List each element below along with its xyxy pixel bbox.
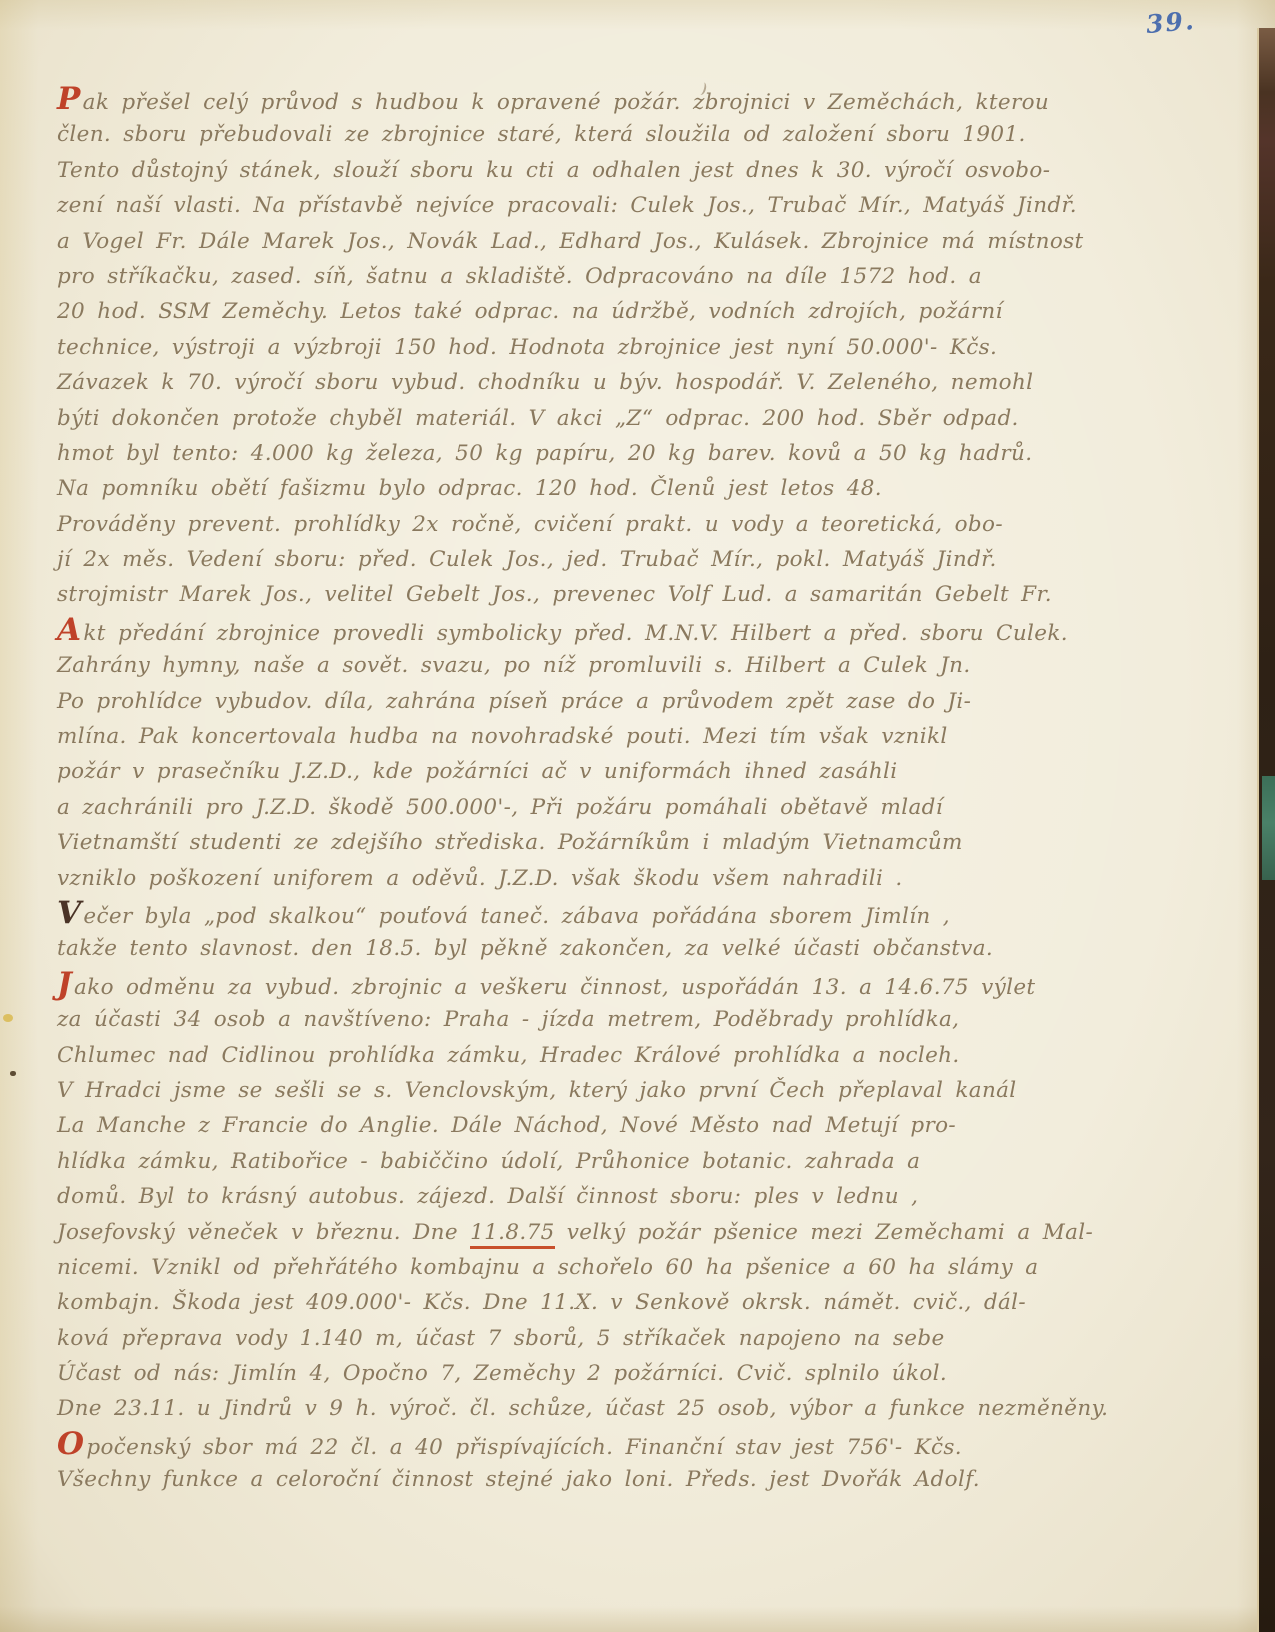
text-line: Opočenský sbor má 22 čl. a 40 přispívají…: [57, 1427, 1222, 1462]
text-line: Účast od nás: Jimlín 4, Opočno 7, Zeměch…: [57, 1356, 1222, 1391]
text-line: vzniklo poškození uniforem a oděvů. J.Z.…: [57, 861, 1222, 896]
text-line: takže tento slavnost. den 18.5. byl pěkn…: [57, 931, 1222, 966]
paragraph-initial: V: [57, 895, 81, 931]
text-line: požár v prasečníku J.Z.D., kde požárníci…: [57, 754, 1222, 789]
text-line: Všechny funkce a celoroční činnost stejn…: [57, 1462, 1222, 1497]
text-line: Zahrány hymny, naše a sovět. svazu, po n…: [57, 648, 1222, 683]
paragraph-initial: J: [57, 966, 72, 1002]
text-line: Závazek k 70. výročí sboru vybud. chodní…: [57, 365, 1222, 400]
text-line: Pak přešel celý průvod s hudbou k oprave…: [57, 82, 1222, 117]
text-line: nicemi. Vznikl od přehřátého kombajnu a …: [57, 1250, 1222, 1285]
text-line: hlídka zámku, Ratibořice - babiččino údo…: [57, 1144, 1222, 1179]
text-line: a zachránili pro J.Z.D. škodě 500.000'-,…: [57, 790, 1222, 825]
text-line: člen. sboru přebudovali ze zbrojnice sta…: [57, 117, 1222, 152]
text-line: La Manche z Francie do Anglie. Dále Nách…: [57, 1108, 1222, 1143]
text-line: domů. Byl to krásný autobus. zájezd. Dal…: [57, 1179, 1222, 1214]
text-line: Večer byla „pod skalkou“ pouťová taneč. …: [57, 896, 1222, 931]
ink-speck: [10, 1071, 16, 1076]
page-number: 39.: [1144, 6, 1196, 39]
text-line: ková přeprava vody 1.140 m, účast 7 sbor…: [57, 1321, 1222, 1356]
text-line: Tento důstojný stánek, slouží sboru ku c…: [57, 153, 1222, 188]
text-line: Prováděny prevent. prohlídky 2x ročně, c…: [57, 507, 1222, 542]
paper-bottom-shadow: [0, 1606, 1275, 1632]
text-line: Po prohlídce vybudov. díla, zahrána píse…: [57, 684, 1222, 719]
red-underlined-date: 11.8.75: [470, 1220, 555, 1249]
text-line: Dne 23.11. u Jindrů v 9 h. výroč. čl. sc…: [57, 1391, 1222, 1426]
text-line: býti dokončen protože chyběl materiál. V…: [57, 401, 1222, 436]
text-line: Vietnamští studenti ze zdejšího středisk…: [57, 825, 1222, 860]
text-line: Chlumec nad Cidlinou prohlídka zámku, Hr…: [57, 1038, 1222, 1073]
text-line: Akt předání zbrojnice provedli symbolick…: [57, 613, 1222, 648]
text-line: zení naší vlasti. Na přístavbě nejvíce p…: [57, 188, 1222, 223]
text-line: Josefovský věneček v březnu. Dne 11.8.75…: [57, 1215, 1222, 1250]
paragraph-initial: O: [57, 1426, 84, 1462]
text-line: Na pomníku obětí fašizmu bylo odprac. 12…: [57, 471, 1222, 506]
text-line: mlína. Pak koncertovala hudba na novohra…: [57, 719, 1222, 754]
text-line: hmot byl tento: 4.000 kg železa, 50 kg p…: [57, 436, 1222, 471]
book-binding-edge: [1257, 28, 1275, 1632]
text-line: pro stříkačku, zased. síň, šatnu a sklad…: [57, 259, 1222, 294]
text-line: strojmistr Marek Jos., velitel Gebelt Jo…: [57, 577, 1222, 612]
text-line: Jako odměnu za vybud. zbrojnic a veškeru…: [57, 967, 1222, 1002]
text-line: 20 hod. SSM Zeměchy. Letos také odprac. …: [57, 294, 1222, 329]
paragraph-initial: P: [57, 81, 81, 117]
paragraph-initial: A: [57, 612, 81, 648]
text-line: technice, výstroji a výzbroji 150 hod. H…: [57, 330, 1222, 365]
paper-stain-speck: [3, 1014, 13, 1022]
text-line: za účasti 34 osob a navštíveno: Praha - …: [57, 1002, 1222, 1037]
book-edge-green-patch: [1262, 776, 1275, 880]
text-line: a Vogel Fr. Dále Marek Jos., Novák Lad.,…: [57, 224, 1222, 259]
text-line: jí 2x měs. Vedení sboru: před. Culek Jos…: [57, 542, 1222, 577]
text-line: V Hradci jsme se sešli se s. Venclovským…: [57, 1073, 1222, 1108]
scanned-chronicle-page: { "page": { "number": "39." }, "colors":…: [0, 0, 1275, 1632]
handwritten-text: Pak přešel celý průvod s hudbou k oprave…: [57, 82, 1222, 1498]
paper-top-shadow: [0, 0, 1275, 30]
text-line: kombajn. Škoda jest 409.000'- Kčs. Dne 1…: [57, 1285, 1222, 1320]
